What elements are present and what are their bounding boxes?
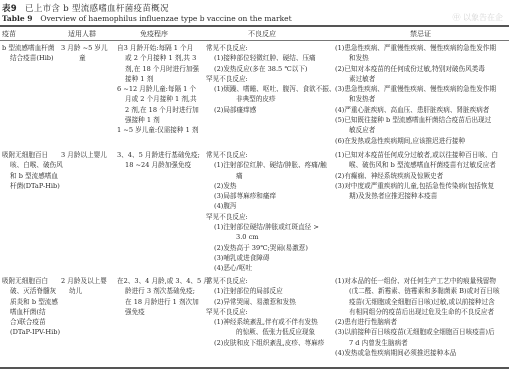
row3-schedule: 在2、3、4 月龄,或 3、4、5 月 龄进行 3 剂次基础免疫; 在 18 月…: [117, 276, 210, 317]
row2-contraindications: (1)已知对本疫苗任何成分过敏者,或以往接种百日咳、白 喉、破伤风和 b 型流感…: [335, 150, 498, 201]
row1-schedule: 自3 月龄开始:每隔 1 个月 或 2 个月接种 1 剂,共 3 剂,在 18 …: [117, 43, 199, 136]
row1-population: 3 月龄 ~5 岁儿 童: [61, 43, 108, 64]
header-schedule: 免疫程序: [140, 29, 168, 39]
header-adverse: 不良反应: [248, 29, 276, 39]
table-top-rule: [0, 25, 509, 27]
table-bottom-rule: [0, 367, 509, 369]
caption-cn-title: 已上市含 b 型流感嗜血杆菌疫苗概况: [25, 4, 169, 14]
header-contraindications: 禁忌证: [410, 29, 431, 39]
row1-adverse-reactions: 常见不良反应: (1)接种部位轻微红肿、硬结、压痛 (2)发热反应(多在 38.…: [206, 43, 335, 115]
row2-vaccine: 吸附无细胞百日 咳、白喉、破伤风 和 b 型流感嗜血 杆菌(DTaP-Hib): [2, 150, 63, 191]
publisher-watermark: ㊥ 以象告在企: [452, 12, 503, 23]
row1-vaccine: b 型流感嗜血杆菌 结合疫苗(Hib): [2, 43, 54, 64]
caption-en-label: Table 9: [2, 14, 32, 23]
table-header-rule: [0, 40, 509, 41]
header-vaccine: 疫苗: [2, 29, 16, 39]
caption-cn: 表9已上市含 b 型流感嗜血杆菌疫苗概况: [2, 2, 169, 14]
caption-cn-label: 表9: [2, 4, 17, 14]
row2-population: 3 月龄以上婴儿: [61, 150, 107, 160]
row3-population: 2 月龄及以上婴 幼儿: [61, 276, 107, 297]
caption-en: Table 9Overview of haemophilus influenza…: [2, 14, 292, 23]
row3-vaccine: 吸附无细胞百白 破、灭活脊髓灰 质炎和 b 型流感 嗜血杆菌(结 合)联合疫苗 …: [2, 276, 60, 338]
row2-schedule: 3、4、5 月龄进行基础免疫; 18 ~24 月龄加强免疫: [117, 150, 200, 171]
row1-contraindications: (1)患急性疾病、严重慢性疾病、慢性疾病的急性发作期 和发热 (2)已知对本疫苗…: [335, 43, 496, 146]
row3-contraindications: (1)对本品的任一组份、对任何生产工艺中的痕量残留物 (戊二醛、新霉素、链霉素和…: [335, 276, 500, 358]
header-population: 适用人群: [68, 29, 96, 39]
caption-en-title: Overview of haemophilus influenzae type …: [40, 14, 291, 23]
row2-adverse-reactions: 常见不良反应: (1)注射部位红肿、硬结/肿胀、疼痛/触 痛 (2)发热 (3)…: [206, 150, 327, 274]
row3-adverse-reactions: 常见不良反应: (1)注射部位的局部反应 (2)异常哭闹、易激惹和发热 罕见不良…: [206, 276, 324, 348]
